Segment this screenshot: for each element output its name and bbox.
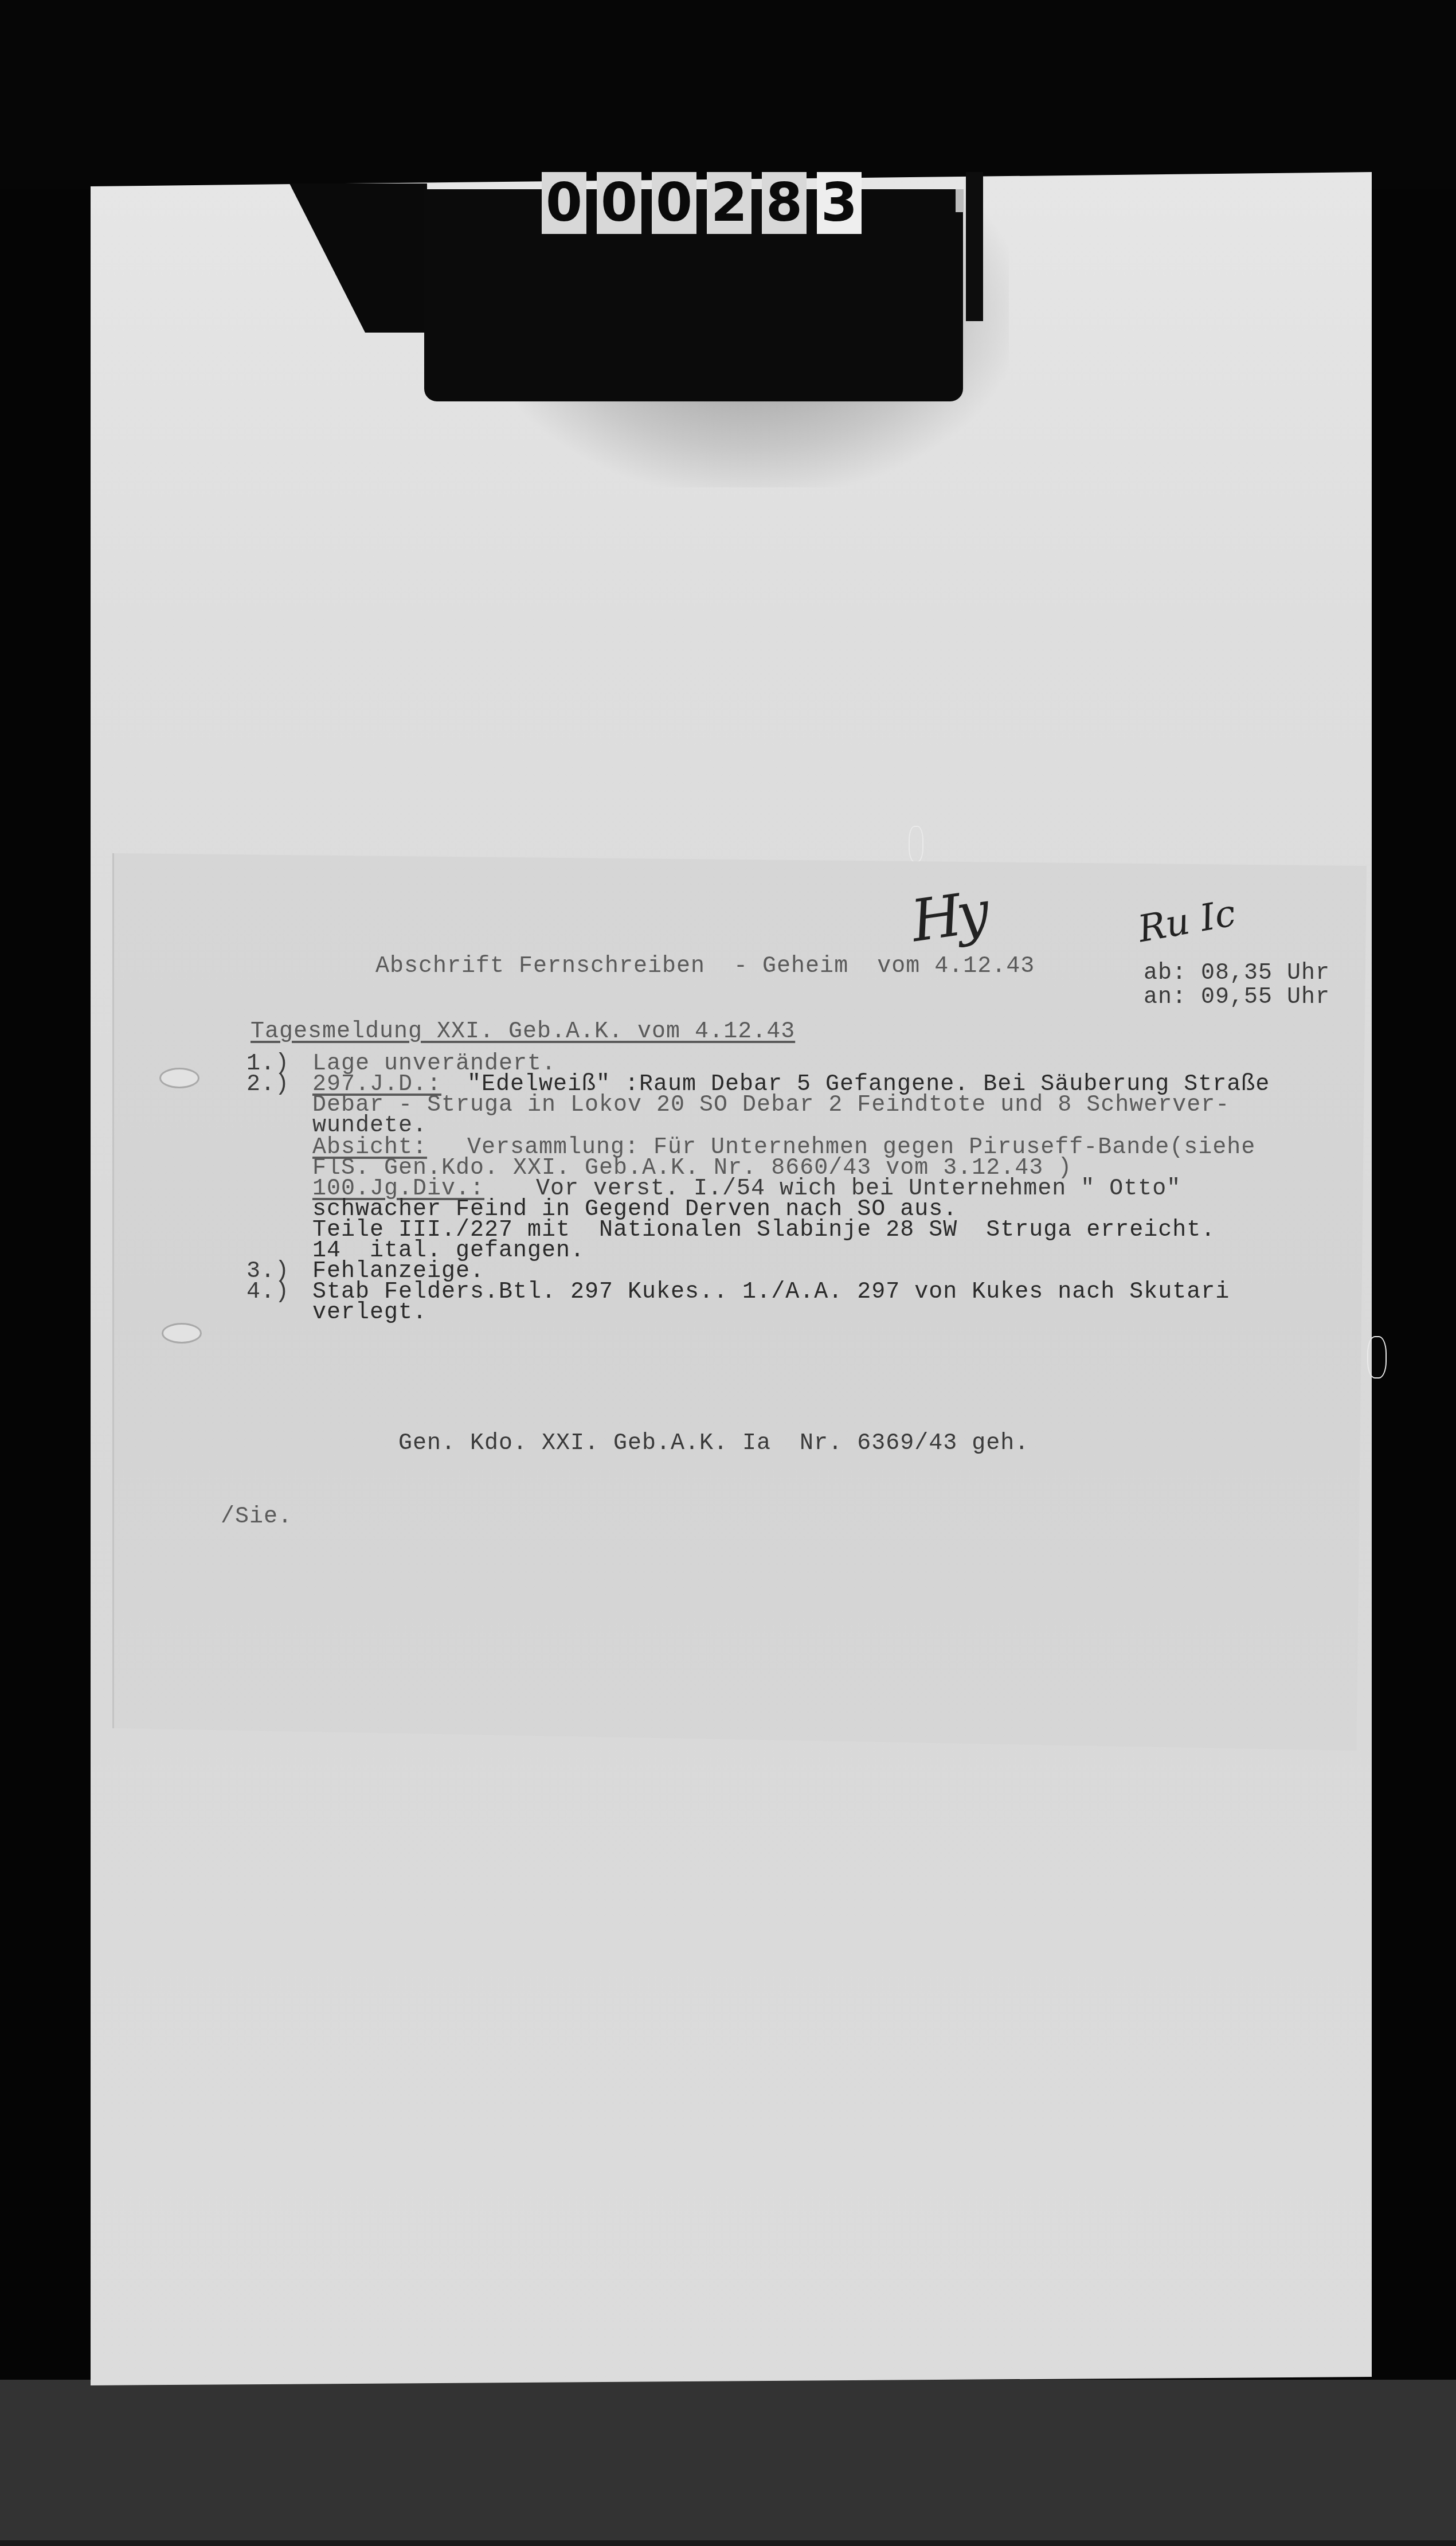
item-text: wundete. — [312, 1116, 427, 1137]
document-header-title: Abschrift Fernschreiben - Geheim vom 4.1… — [375, 956, 1035, 977]
item-text: Stab Felders.Btl. 297 Kukes.. 1./A.A. 29… — [312, 1282, 1230, 1303]
counter-digit: 0 — [652, 172, 696, 234]
counter-digit: 0 — [597, 172, 641, 234]
item-number: 4.) — [246, 1282, 289, 1303]
item-text: Debar - Struga in Lokov 20 SO Debar 2 Fe… — [312, 1095, 1230, 1116]
item-text: verlegt. — [312, 1303, 427, 1323]
film-border-bottom — [0, 2380, 1456, 2546]
film-artifact-fiber — [909, 826, 923, 862]
item-number: 2.) — [246, 1075, 289, 1095]
counter-digit: 0 — [542, 172, 586, 234]
received-time: an: 09,55 Uhr — [1144, 987, 1330, 1008]
counter-digit: 3 — [817, 172, 862, 234]
punch-hole — [162, 1323, 202, 1344]
frame-counter: 0 0 0 2 8 3 — [542, 172, 862, 234]
typist-mark: /Sie. — [221, 1507, 292, 1528]
film-border-top — [0, 0, 1456, 189]
punch-hole — [159, 1068, 199, 1088]
counter-arm-highlight — [956, 189, 964, 212]
sent-time: ab: 08,35 Uhr — [1144, 963, 1330, 984]
film-edge — [0, 2540, 1456, 2546]
counter-digit: 8 — [762, 172, 807, 234]
report-title: Tagesmeldung XXI. Geb.A.K. vom 4.12.43 — [251, 1022, 795, 1042]
film-artifact-fiber — [1367, 1336, 1387, 1379]
counter-arm — [966, 172, 983, 321]
reference-number: Gen. Kdo. XXI. Geb.A.K. Ia Nr. 6369/43 g… — [398, 1434, 1029, 1454]
counter-digit: 2 — [707, 172, 752, 234]
handwritten-initials: Hy — [907, 878, 989, 955]
